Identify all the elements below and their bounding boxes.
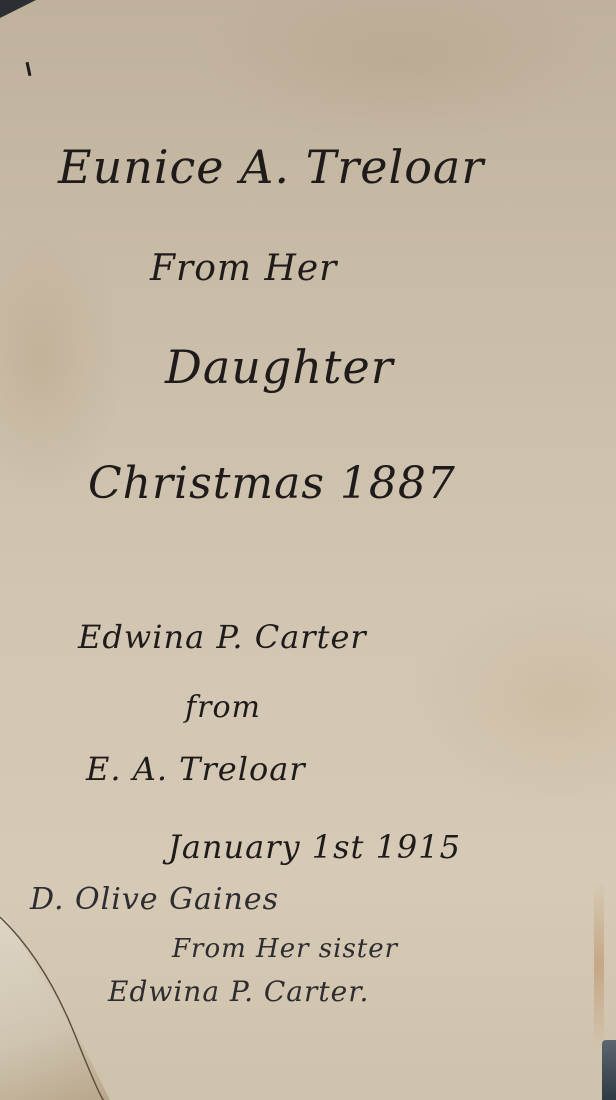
book-spine-edge [602, 1040, 616, 1100]
inscription-from-2: from [185, 690, 261, 725]
fold-crease [0, 915, 110, 1100]
inscription-date-2: January 1st 1915 [168, 828, 461, 866]
inscription-recipient-3: D. Olive Gaines [30, 882, 279, 917]
inscription-from-1: From Her [150, 248, 337, 289]
cover-corner [0, 0, 36, 18]
inscription-recipient-2: Edwina P. Carter [78, 618, 367, 656]
book-flyleaf-page: Eunice A. Treloar From Her Daughter Chri… [0, 0, 616, 1100]
inscription-date-1: Christmas 1887 [88, 458, 456, 509]
inscription-giver-2: E. A. Treloar [86, 750, 306, 788]
inscription-from-3: From Her sister [172, 934, 398, 964]
ink-mark [26, 62, 32, 76]
inscription-recipient-1: Eunice A. Treloar [58, 140, 484, 194]
inscription-giver-3: Edwina P. Carter. [108, 975, 369, 1008]
edge-stain [594, 880, 604, 1050]
inscription-giver-1: Daughter [165, 340, 394, 394]
